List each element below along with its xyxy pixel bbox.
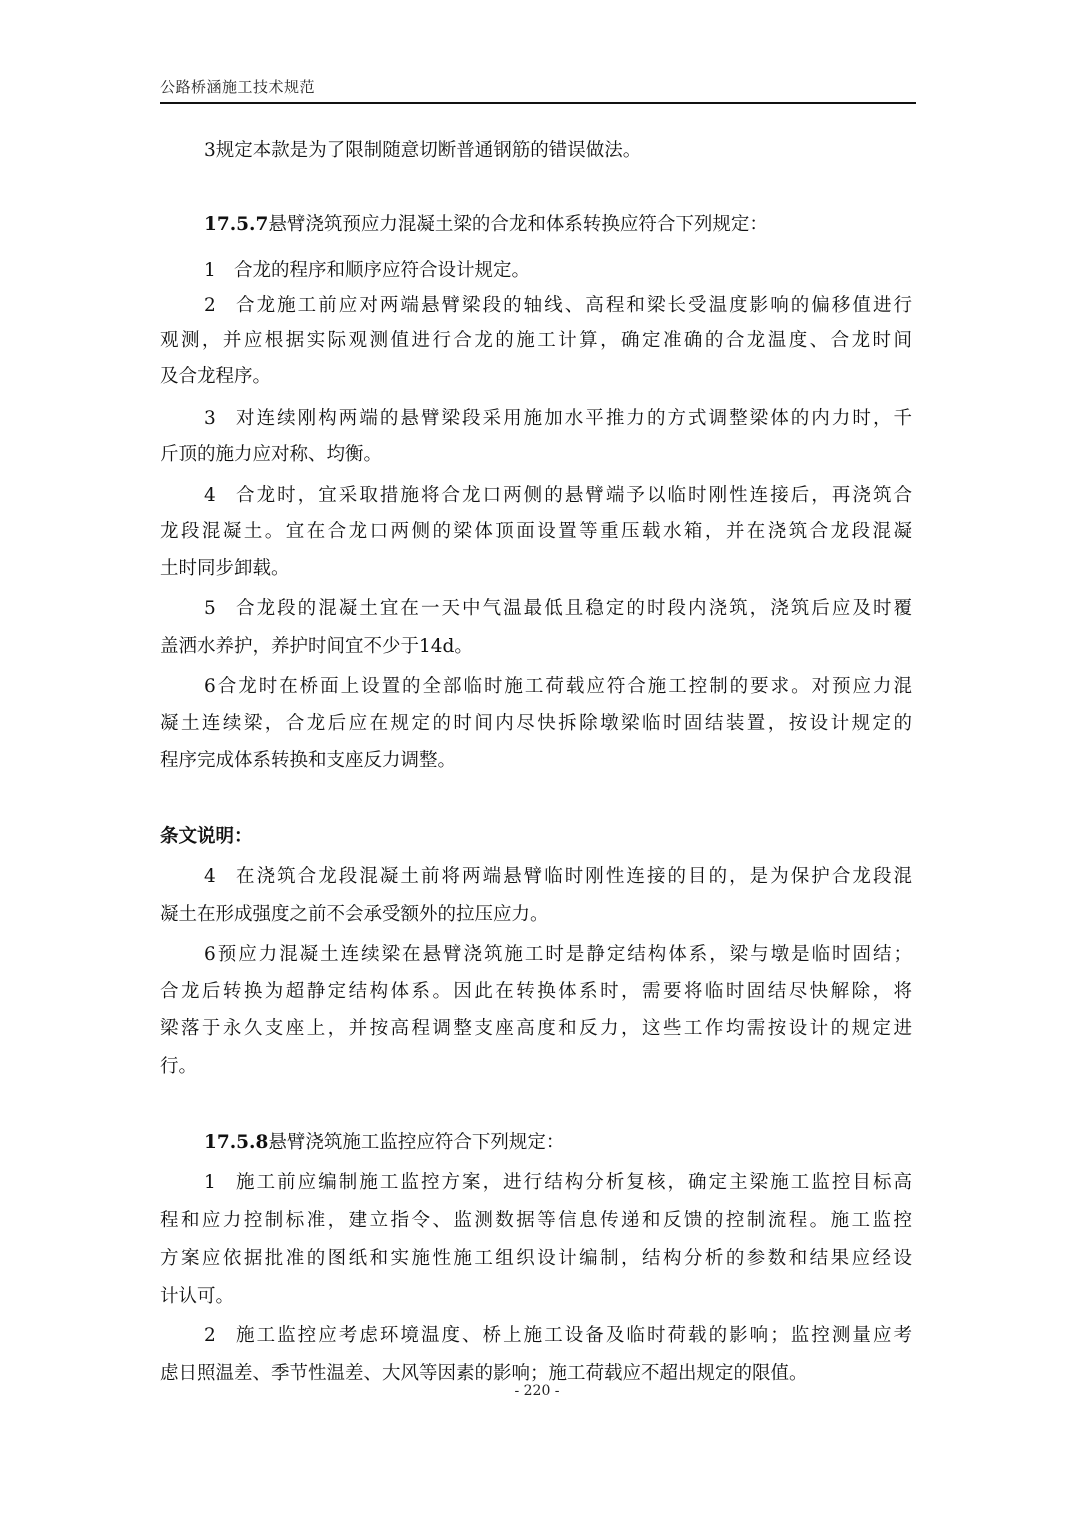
line-text: 施工监控应考虑环境温度、桥上施工设备及临时荷载的影响；监控测量应考	[234, 1325, 912, 1346]
document-title: 公路桥涵施工技术规范	[160, 76, 315, 97]
line-text: 凝土连续梁，合龙后应在规定的时间内尽快拆除墩梁临时固结装置，按设计规定的	[160, 713, 912, 734]
explanation-heading: 条文说明：	[160, 826, 912, 848]
item-number: 4	[204, 485, 234, 507]
running-header: 公路桥涵施工技术规范	[160, 74, 916, 104]
clause-item-3: 3对连续刚构两端的悬臂梁段采用施加水平推力的方式调整梁体的内力时，千	[160, 408, 912, 430]
line-text: 在浇筑合龙段混凝土前将两端悬臂临时刚性连接的目的，是为保护合龙段混	[234, 866, 912, 887]
page-number: - 220 -	[0, 1383, 1074, 1399]
line-continuation: 方案应依据批准的图纸和实施性施工组织设计编制，结构分析的参数和结果应经设	[160, 1248, 912, 1270]
line-text: 龙段混凝土。宜在合龙口两侧的梁体顶面设置等重压载水箱，并在浇筑合龙段混凝	[160, 521, 912, 542]
line-text: 及合龙程序。	[160, 366, 271, 387]
line-text: 盖洒水养护，养护时间宜不少于14d。	[160, 636, 473, 657]
line-continuation: 龙段混凝土。宜在合龙口两侧的梁体顶面设置等重压载水箱，并在浇筑合龙段混凝	[160, 521, 912, 543]
line-text: 观测，并应根据实际观测值进行合龙的施工计算，确定准确的合龙温度、合龙时间	[160, 330, 912, 351]
line-text: 预应力混凝土连续梁在悬臂浇筑施工时是静定结构体系，梁与墩是临时固结；	[216, 944, 912, 965]
line-continuation: 合龙后转换为超静定结构体系。因此在转换体系时，需要将临时固结尽快解除，将	[160, 981, 912, 1003]
clause-number: 17.5.7	[204, 214, 268, 235]
line-text: 行。	[160, 1056, 197, 1077]
clause-title: 悬臂浇筑施工监控应符合下列规定：	[268, 1132, 564, 1153]
line-continuation: 梁落于永久支座上，并按高程调整支座高度和反力，这些工作均需按设计的规定进	[160, 1018, 912, 1040]
clause-number: 17.5.8	[204, 1132, 268, 1153]
line-text: 梁落于永久支座上，并按高程调整支座高度和反力，这些工作均需按设计的规定进	[160, 1018, 912, 1039]
explanation-item-4: 4在浇筑合龙段混凝土前将两端悬臂临时刚性连接的目的，是为保护合龙段混	[160, 866, 912, 888]
clause-title: 悬臂浇筑预应力混凝土梁的合龙和体系转换应符合下列规定：	[268, 214, 768, 235]
explanation-item-6: 6预应力混凝土连续梁在悬臂浇筑施工时是静定结构体系，梁与墩是临时固结；	[160, 944, 912, 966]
item-number: 4	[204, 866, 234, 888]
line-continuation: 观测，并应根据实际观测值进行合龙的施工计算，确定准确的合龙温度、合龙时间	[160, 330, 912, 352]
line-text: 3规定本款是为了限制随意切断普通钢筋的错误做法。	[204, 140, 641, 161]
item-number: 3	[204, 408, 234, 430]
line-continuation: 斤顶的施力应对称、均衡。	[160, 444, 912, 466]
note-paragraph: 3规定本款是为了限制随意切断普通钢筋的错误做法。	[160, 140, 912, 162]
heading-text: 条文说明：	[160, 826, 253, 847]
line-text: 计认可。	[160, 1286, 234, 1307]
line-text: 施工前应编制施工监控方案，进行结构分析复核，确定主梁施工监控目标高	[234, 1172, 912, 1193]
line-continuation: 盖洒水养护，养护时间宜不少于14d。	[160, 636, 912, 658]
line-continuation: 程和应力控制标准，建立指令、监测数据等信息传递和反馈的控制流程。施工监控	[160, 1210, 912, 1232]
item-number: 1	[204, 1172, 234, 1194]
item-number: 2	[204, 295, 234, 317]
line-text: 合龙施工前应对两端悬臂梁段的轴线、高程和梁长受温度影响的偏移值进行	[234, 295, 912, 316]
clause-heading-17-5-8: 17.5.8悬臂浇筑施工监控应符合下列规定：	[160, 1132, 912, 1154]
line-text: 方案应依据批准的图纸和实施性施工组织设计编制，结构分析的参数和结果应经设	[160, 1248, 912, 1269]
clause-item-6: 6合龙时在桥面上设置的全部临时施工荷载应符合施工控制的要求。对预应力混	[160, 676, 912, 698]
clause-item-2: 2合龙施工前应对两端悬臂梁段的轴线、高程和梁长受温度影响的偏移值进行	[160, 295, 912, 317]
line-continuation: 程序完成体系转换和支座反力调整。	[160, 750, 912, 772]
line-continuation: 计认可。	[160, 1286, 912, 1308]
line-text: 凝土在形成强度之前不会承受额外的拉压应力。	[160, 904, 549, 925]
line-continuation: 凝土在形成强度之前不会承受额外的拉压应力。	[160, 904, 912, 926]
line-text: 合龙时在桥面上设置的全部临时施工荷载应符合施工控制的要求。对预应力混	[216, 676, 912, 697]
clause-item-1: 1合龙的程序和顺序应符合设计规定。	[160, 260, 912, 282]
item-number: 2	[204, 1325, 234, 1347]
line-text: 程序完成体系转换和支座反力调整。	[160, 750, 456, 771]
clause-item-5: 5合龙段的混凝土宜在一天中气温最低且稳定的时段内浇筑，浇筑后应及时覆	[160, 598, 912, 620]
line-continuation: 及合龙程序。	[160, 366, 912, 388]
line-continuation: 行。	[160, 1056, 912, 1078]
clause-item-4: 4合龙时，宜采取措施将合龙口两侧的悬臂端予以临时刚性连接后，再浇筑合	[160, 485, 912, 507]
item-number: 6	[204, 944, 216, 965]
line-text: 合龙段的混凝土宜在一天中气温最低且稳定的时段内浇筑，浇筑后应及时覆	[234, 598, 912, 619]
clause-heading-17-5-7: 17.5.7悬臂浇筑预应力混凝土梁的合龙和体系转换应符合下列规定：	[160, 214, 912, 236]
line-text: 对连续刚构两端的悬臂梁段采用施加水平推力的方式调整梁体的内力时，千	[234, 408, 912, 429]
line-continuation: 虑日照温差、季节性温差、大风等因素的影响；施工荷载应不超出规定的限值。	[160, 1363, 912, 1385]
line-text: 程和应力控制标准，建立指令、监测数据等信息传递和反馈的控制流程。施工监控	[160, 1210, 912, 1231]
clause-item-1: 1施工前应编制施工监控方案，进行结构分析复核，确定主梁施工监控目标高	[160, 1172, 912, 1194]
line-text: 合龙后转换为超静定结构体系。因此在转换体系时，需要将临时固结尽快解除，将	[160, 981, 912, 1002]
line-text: 合龙的程序和顺序应符合设计规定。	[234, 260, 530, 281]
line-text: 斤顶的施力应对称、均衡。	[160, 444, 382, 465]
clause-item-2: 2施工监控应考虑环境温度、桥上施工设备及临时荷载的影响；监控测量应考	[160, 1325, 912, 1347]
line-text: 虑日照温差、季节性温差、大风等因素的影响；施工荷载应不超出规定的限值。	[160, 1363, 808, 1384]
item-number: 6	[204, 676, 216, 697]
item-number: 5	[204, 598, 234, 620]
line-continuation: 凝土连续梁，合龙后应在规定的时间内尽快拆除墩梁临时固结装置，按设计规定的	[160, 713, 912, 735]
item-number: 1	[204, 260, 234, 282]
line-text: 土时同步卸载。	[160, 558, 290, 579]
line-continuation: 土时同步卸载。	[160, 558, 912, 580]
line-text: 合龙时，宜采取措施将合龙口两侧的悬臂端予以临时刚性连接后，再浇筑合	[234, 485, 912, 506]
